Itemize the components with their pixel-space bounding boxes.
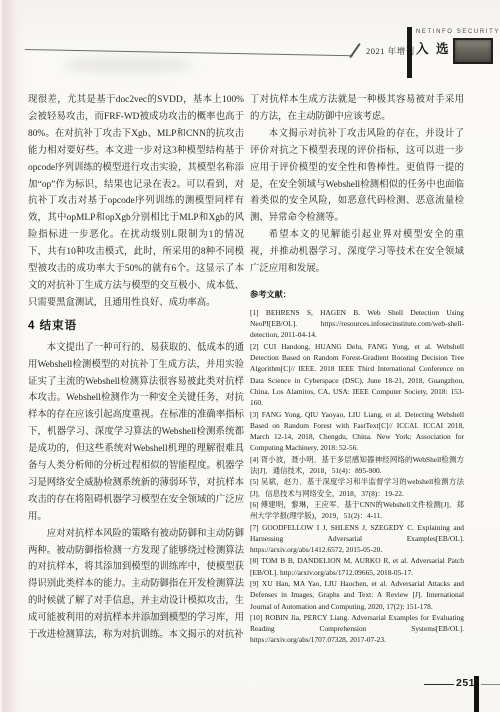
paragraph: 希望本文的见解能引起业界对模型安全的重视，并推动机器学习、深度学习等技术在安全领…: [250, 227, 464, 278]
paragraph-continued: 丁对抗样本生成方法就是一种极其容易被对手采用的方法，在主动防御中应该考虑。: [250, 92, 464, 126]
reference-item: [6] 傅建明，黎琳，王应军．基于CNN的Webshell文件检测[J]．郑州大…: [250, 499, 464, 522]
page-edge: [0, 0, 4, 712]
header-rule: [25, 49, 353, 56]
footer-rule-left: [424, 684, 454, 685]
references-heading: 参考文献：: [250, 287, 464, 304]
header-vertical-bar: [407, 27, 412, 78]
scan-artifact: [63, 57, 193, 73]
footer-vertical-bar: [474, 676, 479, 712]
reference-item: [7] GOODFELLOW I J, SHLENS J, SZEGEDY C.…: [250, 522, 464, 556]
reference-item: [9] XU Han, MA Yao, LIU Haochen, et al. …: [250, 578, 464, 612]
reference-item: [2] CUI Handong, HUANG Delu, FANG Yong, …: [250, 341, 464, 409]
right-column: 丁对抗样本生成方法就是一种极其容易被对手采用的方法，在主动防御中应该考虑。 本文…: [250, 92, 464, 646]
header-slash-divider: [349, 43, 360, 58]
journal-name: NETINFO SECURITY: [416, 29, 496, 35]
reference-item: [1] BEHRENS S, HAGEN B. Web Shell Detect…: [250, 307, 464, 341]
reference-item: [5] 吴斌，赵力．基于深度学习和半监督学习的webshell检测方法[J]．信…: [250, 476, 464, 499]
reference-item: [3] FANG Yong, QIU Yaoyao, LIU Liang, et…: [250, 409, 464, 454]
scanned-page: 2021 年增刊 NETINFO SECURITY 入 选 论 文 现很差，尤其…: [0, 0, 500, 712]
paragraph: 本文揭示对抗补丁攻击风险的存在，并设计了评价对抗之下模型表现的评价指标，这可以进…: [250, 126, 464, 227]
footer-rule-right: [481, 684, 500, 685]
references-list: [1] BEHRENS S, HAGEN B. Web Shell Detect…: [250, 307, 464, 646]
paragraph-continued: 现很差，尤其是基于doc2vec的SVDD，基本上100%会被轻易攻击，而FRF…: [28, 92, 244, 312]
left-column: 现很差，尤其是基于doc2vec的SVDD，基本上100%会被轻易攻击，而FRF…: [28, 92, 244, 644]
reference-item: [10] ROBIN Jia, PERCY Liang. Adversarial…: [250, 612, 464, 646]
reference-item: [4] 胥小波，聂小明．基于多层感知器神经网络的WebShell检测方法[J]．…: [250, 454, 464, 477]
paragraph: 应对对抗样本风险的策略有被动防御和主动防御两种。被动防御指检测一方发现了能够绕过…: [28, 526, 244, 644]
header-issue-label: 2021 年增刊: [366, 45, 408, 57]
section-heading: 4 结束语: [28, 318, 244, 335]
reference-item: [8] TOM B B, DANDELION M, AURKO R, et al…: [250, 555, 464, 578]
paragraph: 本文提出了一种可行的、易获取的、低成本的通用Webshell检测模型的对抗补丁生…: [28, 340, 244, 526]
page-number: 251: [456, 677, 475, 689]
header-corner-box: [453, 38, 493, 64]
